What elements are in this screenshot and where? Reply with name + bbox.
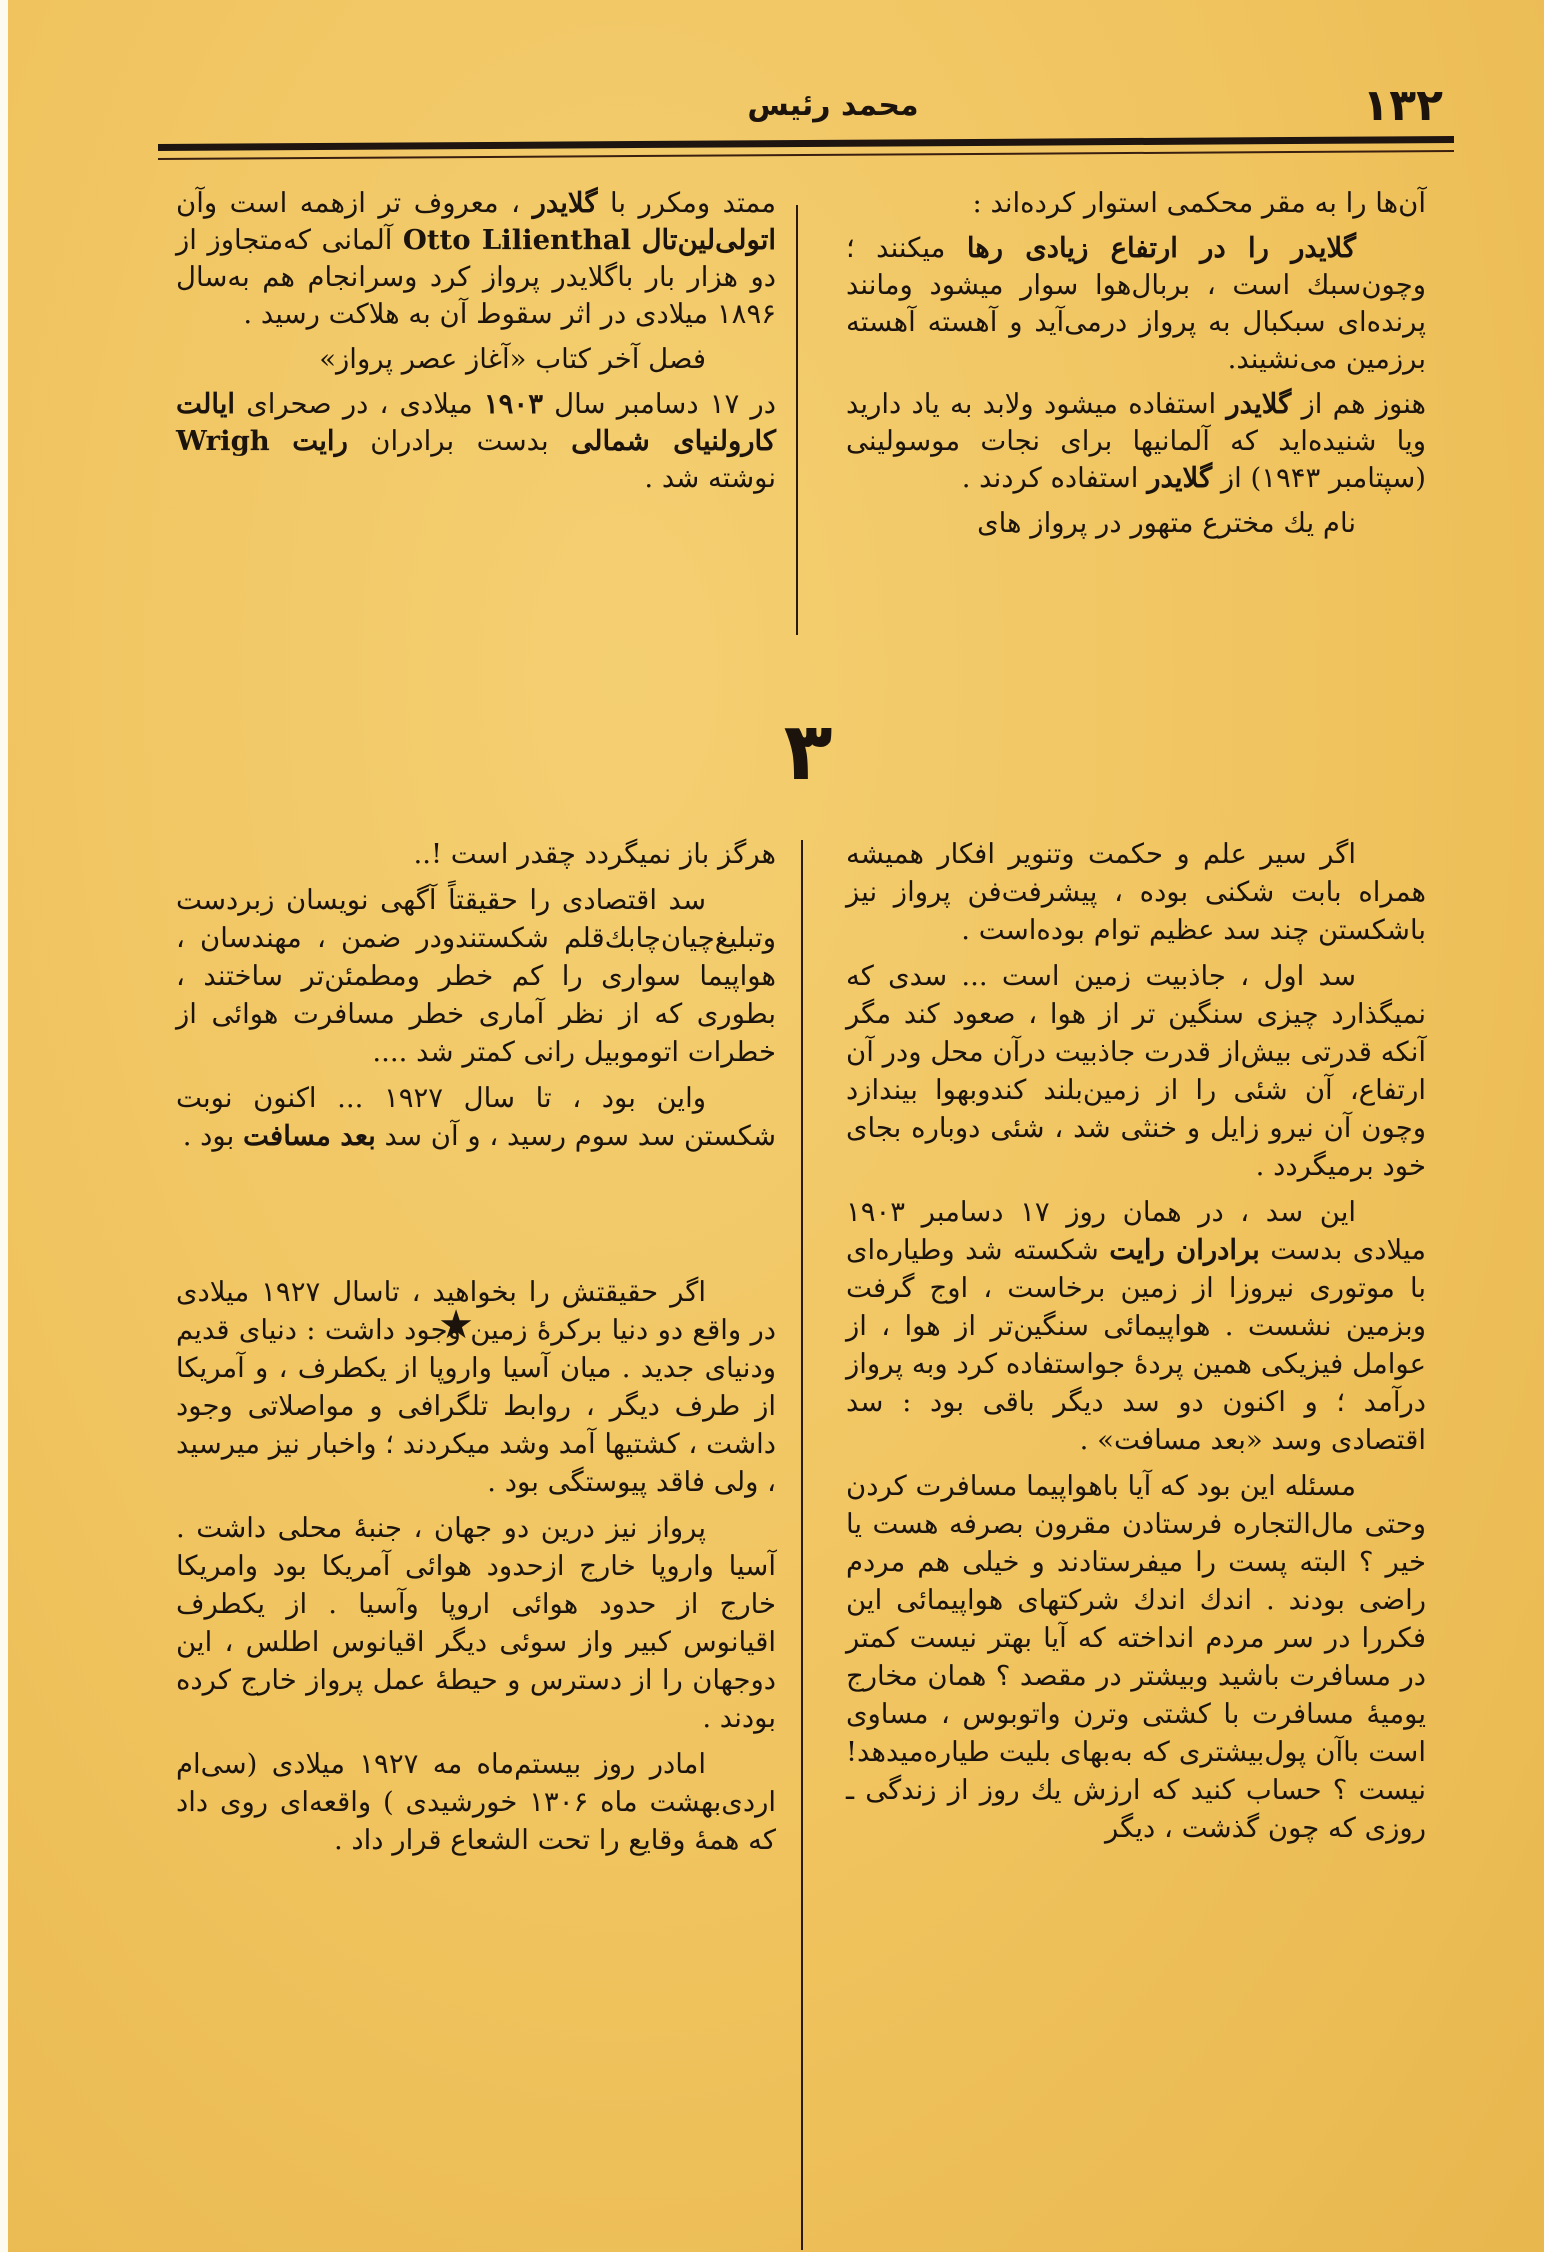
bold-term: رایت (292, 425, 348, 457)
bold-term: اتولی‌لین‌تال (642, 224, 776, 256)
paragraph: در ۱۷ دسامبر سال ۱۹۰۳ میلادی ، در صحرای … (176, 386, 776, 497)
paragraph: سد اقتصادی را حقیقتاً آگهی نویسان زبردست… (176, 881, 776, 1071)
top-left-column: ممتد ومکرر با گلایدر ، معروف تر ازهمه اس… (176, 185, 776, 505)
column-divider-bottom (801, 840, 803, 2250)
paragraph: واین بود ، تا سال ۱۹۲۷ ... اکنون نوبت شک… (176, 1079, 776, 1155)
paragraph: نام یك مخترع متهور در پرواز های (846, 505, 1426, 542)
paragraph: سد اول ، جاذبیت زمین است ... سدی که نمیگ… (846, 957, 1426, 1185)
paragraph: هنوز هم از گلایدر استفاده میشود ولابد به… (846, 386, 1426, 497)
paragraph: هرگز باز نمیگردد چقدر است !.. (176, 835, 776, 873)
top-right-column: آن‌ها را به مقر محکمی استوار کرده‌اند : … (846, 185, 1426, 550)
paragraph: این سد ، در همان روز ۱۷ دسامبر ۱۹۰۳ میلا… (846, 1193, 1426, 1459)
bold-term: برادران رایت (1109, 1234, 1260, 1266)
book-page: ۱۳۲ محمد رئیس آن‌ها را به مقر محکمی استو… (8, 0, 1544, 2252)
bottom-left-column: هرگز باز نمیگردد چقدر است !.. سد اقتصادی… (176, 835, 776, 1867)
paragraph: گلایدر را در ارتفاع زیادی رها میکنند ؛ و… (846, 230, 1426, 378)
running-title: محمد رئیس (713, 88, 953, 123)
bottom-right-column: اگر سیر علم و حکمت وتنویر افکار همیشه هم… (846, 835, 1426, 1855)
bold-term: گلایدر (1147, 462, 1212, 494)
bold-term: گلایدر را در ارتفاع زیادی رها (967, 232, 1356, 264)
bold-term: گلایدر (1226, 388, 1291, 420)
paragraph: اگر حقیقتش را بخواهید ، تاسال ۱۹۲۷ میلاد… (176, 1273, 776, 1501)
page-number: ۱۳۲ (1362, 80, 1443, 131)
latin-name: Wrigh (176, 425, 270, 457)
paragraph: ممتد ومکرر با گلایدر ، معروف تر ازهمه اس… (176, 185, 776, 333)
star-icon: ★ (436, 1305, 476, 1345)
latin-name: Otto Lilienthal (403, 224, 631, 256)
bold-term: گلایدر (533, 187, 598, 219)
paragraph: مسئله این بود که آیا باهواپیما مسافرت کر… (846, 1467, 1426, 1847)
bold-term: بعد مسافت (243, 1120, 376, 1152)
page-header: ۱۳۲ محمد رئیس (153, 80, 1453, 140)
paragraph: فصل آخر کتاب «آغاز عصر پرواز» (176, 341, 776, 378)
paragraph: اگر سیر علم و حکمت وتنویر افکار همیشه هم… (846, 835, 1426, 949)
paragraph: پرواز نیز درین دو جهان ، جنبهٔ محلی داشت… (176, 1509, 776, 1737)
section-number: ۳ (778, 712, 838, 792)
paragraph: آن‌ها را به مقر محکمی استوار کرده‌اند : (846, 185, 1426, 222)
column-divider-top (796, 205, 798, 635)
star-spacer (176, 1163, 776, 1273)
paragraph: امادر روز بیستم‌ماه مه ۱۹۲۷ میلادی (سی‌ا… (176, 1745, 776, 1859)
header-rule-thin (158, 150, 1454, 160)
